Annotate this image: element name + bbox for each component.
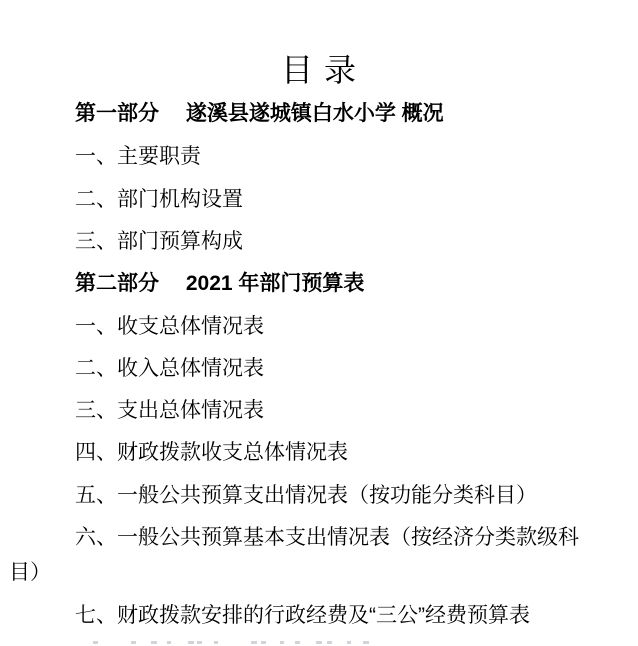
cutoff-glyph-top bbox=[93, 641, 98, 644]
cutoff-glyph-top bbox=[280, 641, 284, 644]
cutoff-glyph-top bbox=[363, 641, 369, 644]
cutoff-glyph-top bbox=[151, 641, 157, 644]
cutoff-glyph-top bbox=[295, 641, 300, 644]
cutoff-glyph-top bbox=[197, 641, 202, 644]
cutoff-glyph-top bbox=[316, 641, 322, 644]
cutoff-glyph-top bbox=[261, 641, 266, 644]
cutoff-glyph-top bbox=[131, 641, 136, 644]
document-page: 目 录 第一部分 遂溪县遂城镇白水小学 概况 一、主要职责 二、部门机构设置 三… bbox=[0, 0, 638, 646]
cutoff-glyph-top bbox=[167, 641, 171, 644]
cutoff-glyph-top bbox=[327, 641, 332, 644]
cutoff-glyph-top bbox=[251, 641, 257, 644]
next-line-cutoff-fragments bbox=[0, 0, 638, 646]
cutoff-glyph-top bbox=[214, 641, 218, 644]
cutoff-glyph-top bbox=[347, 641, 351, 644]
cutoff-glyph-top bbox=[188, 641, 194, 644]
